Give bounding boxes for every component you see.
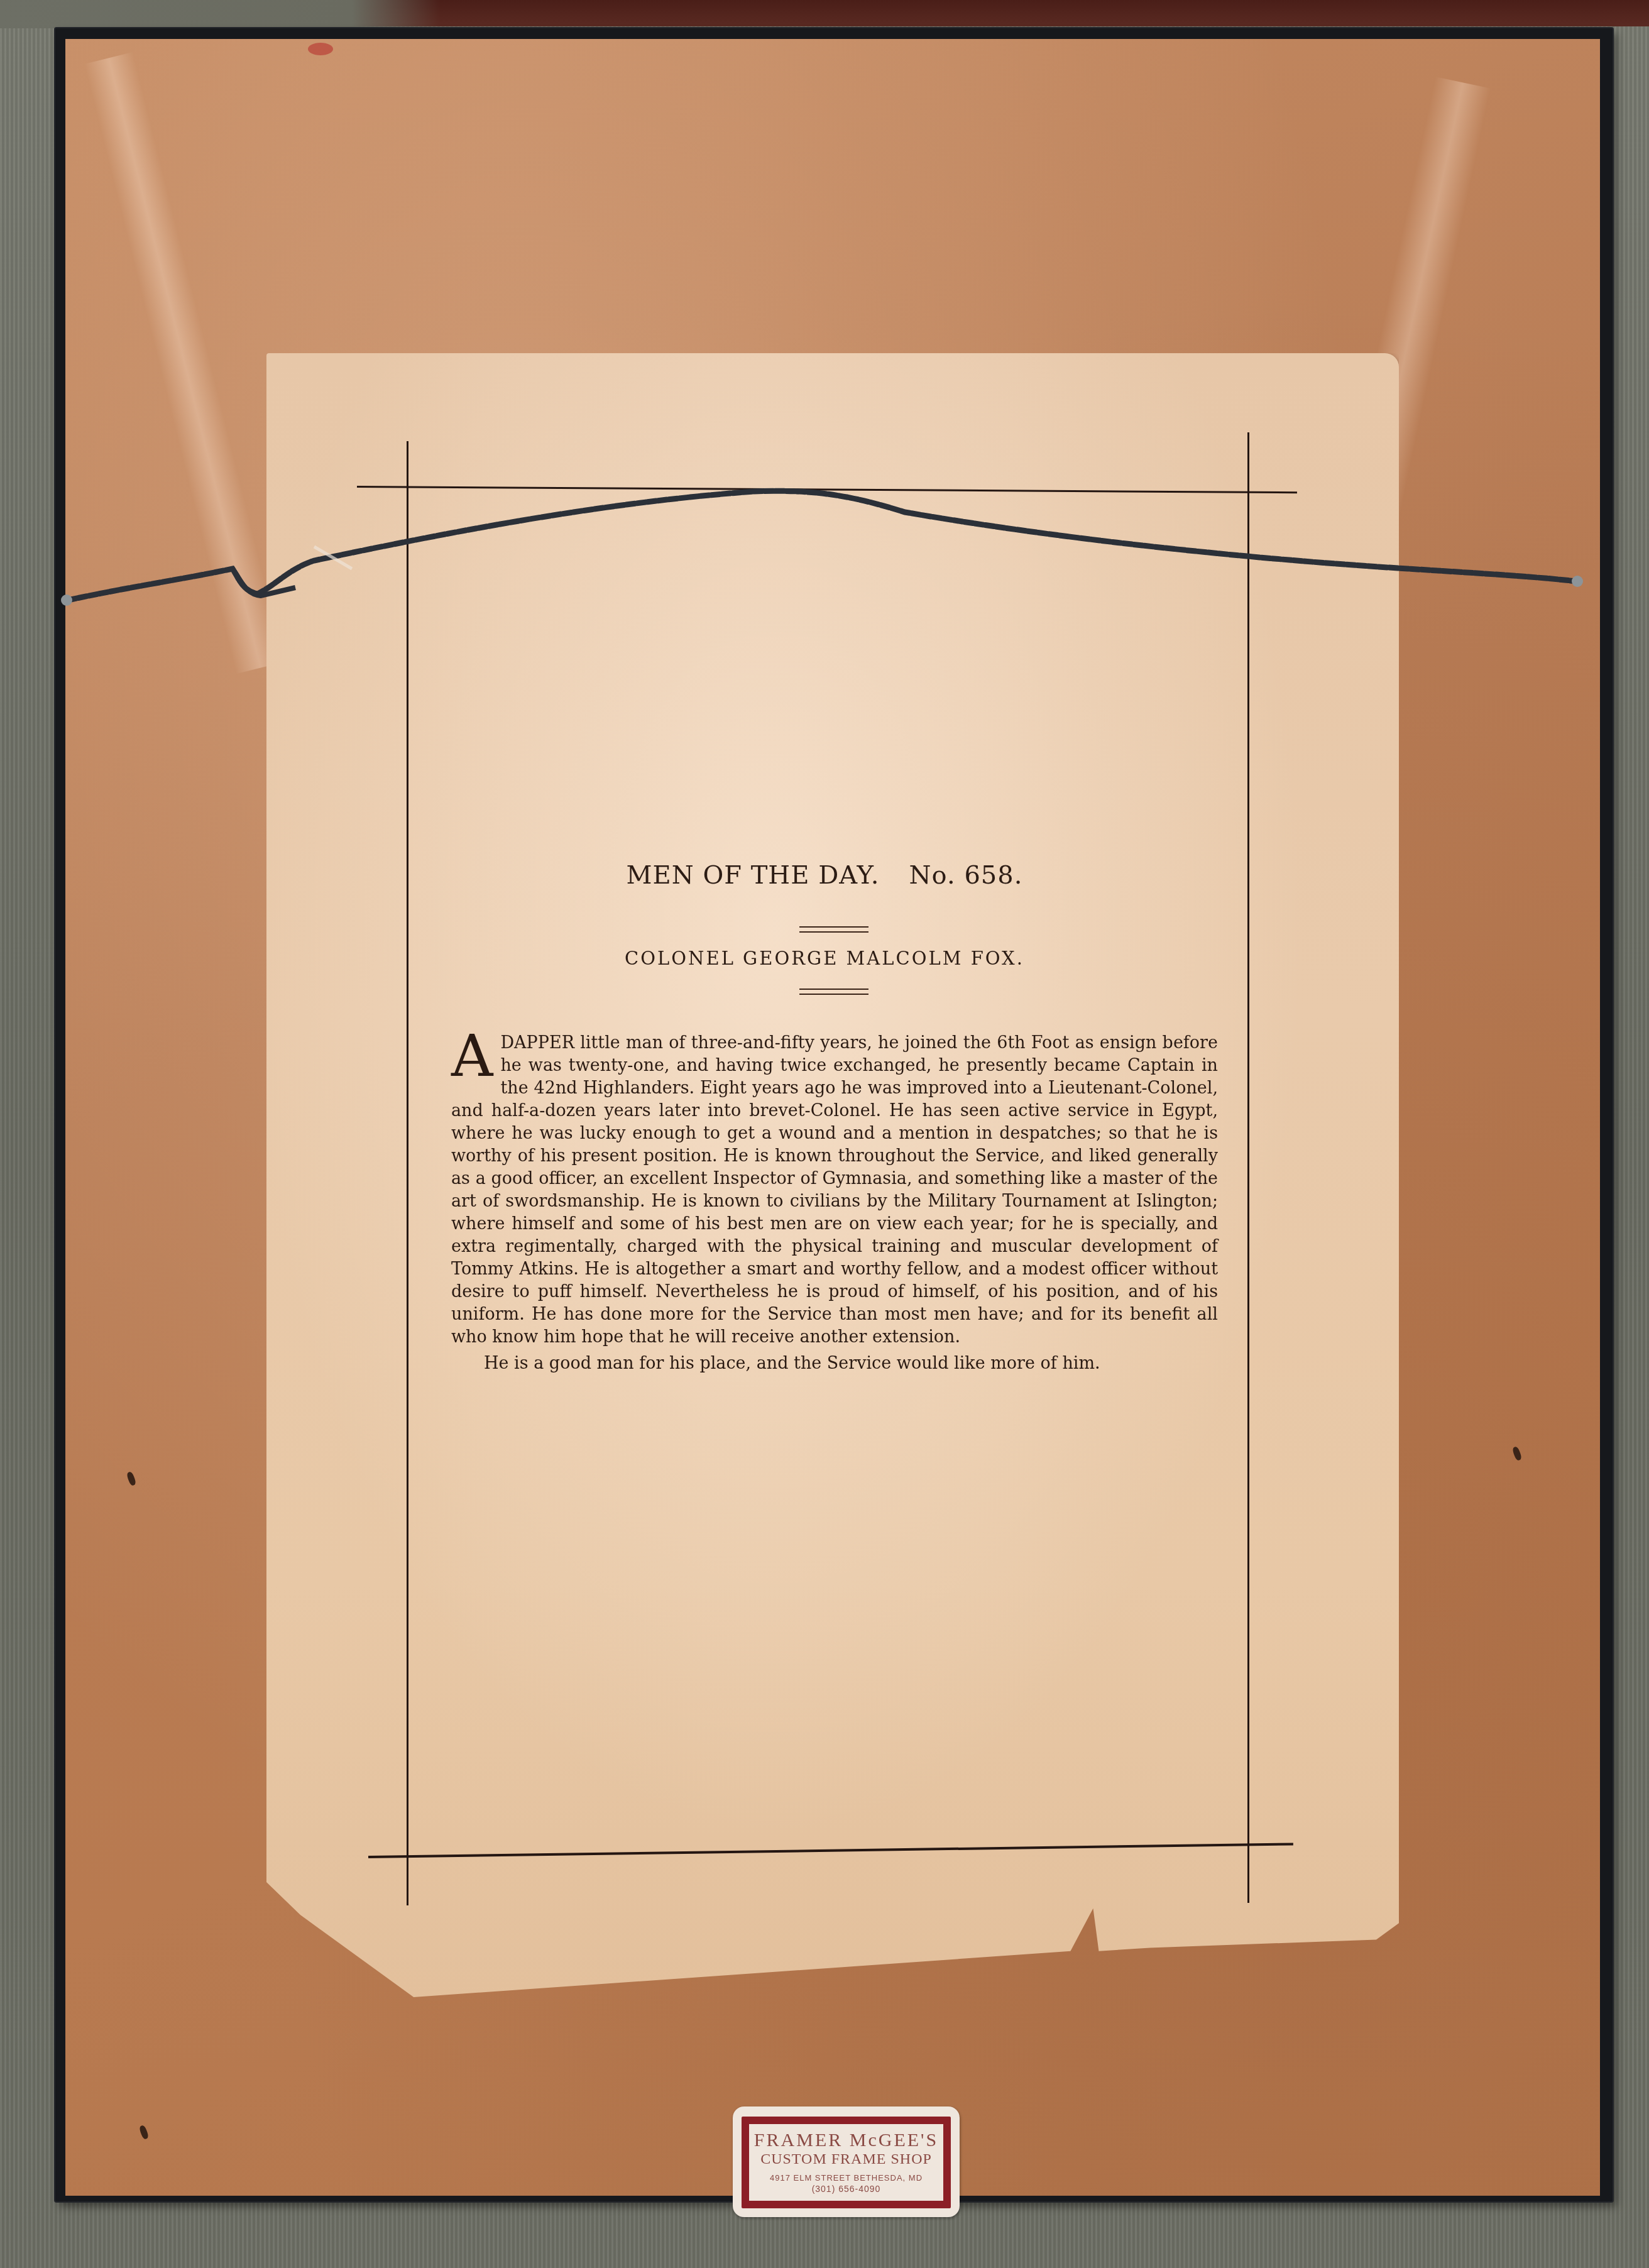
framer-label-shop-name: FRAMER McGEE'S <box>754 2130 938 2150</box>
framer-label-tagline: CUSTOM FRAME SHOP <box>760 2150 932 2168</box>
framer-label-address: 4917 ELM STREET BETHESDA, MD <box>770 2173 923 2183</box>
screw-eye-left <box>61 594 72 606</box>
hanging-wire <box>0 0 1649 2268</box>
screw-eye-right <box>1572 576 1583 587</box>
framer-label-phone: (301) 656-4090 <box>812 2183 881 2194</box>
framer-label-border: FRAMER McGEE'S CUSTOM FRAME SHOP 4917 EL… <box>742 2117 951 2208</box>
framer-label-sticker: FRAMER McGEE'S CUSTOM FRAME SHOP 4917 EL… <box>733 2106 960 2217</box>
